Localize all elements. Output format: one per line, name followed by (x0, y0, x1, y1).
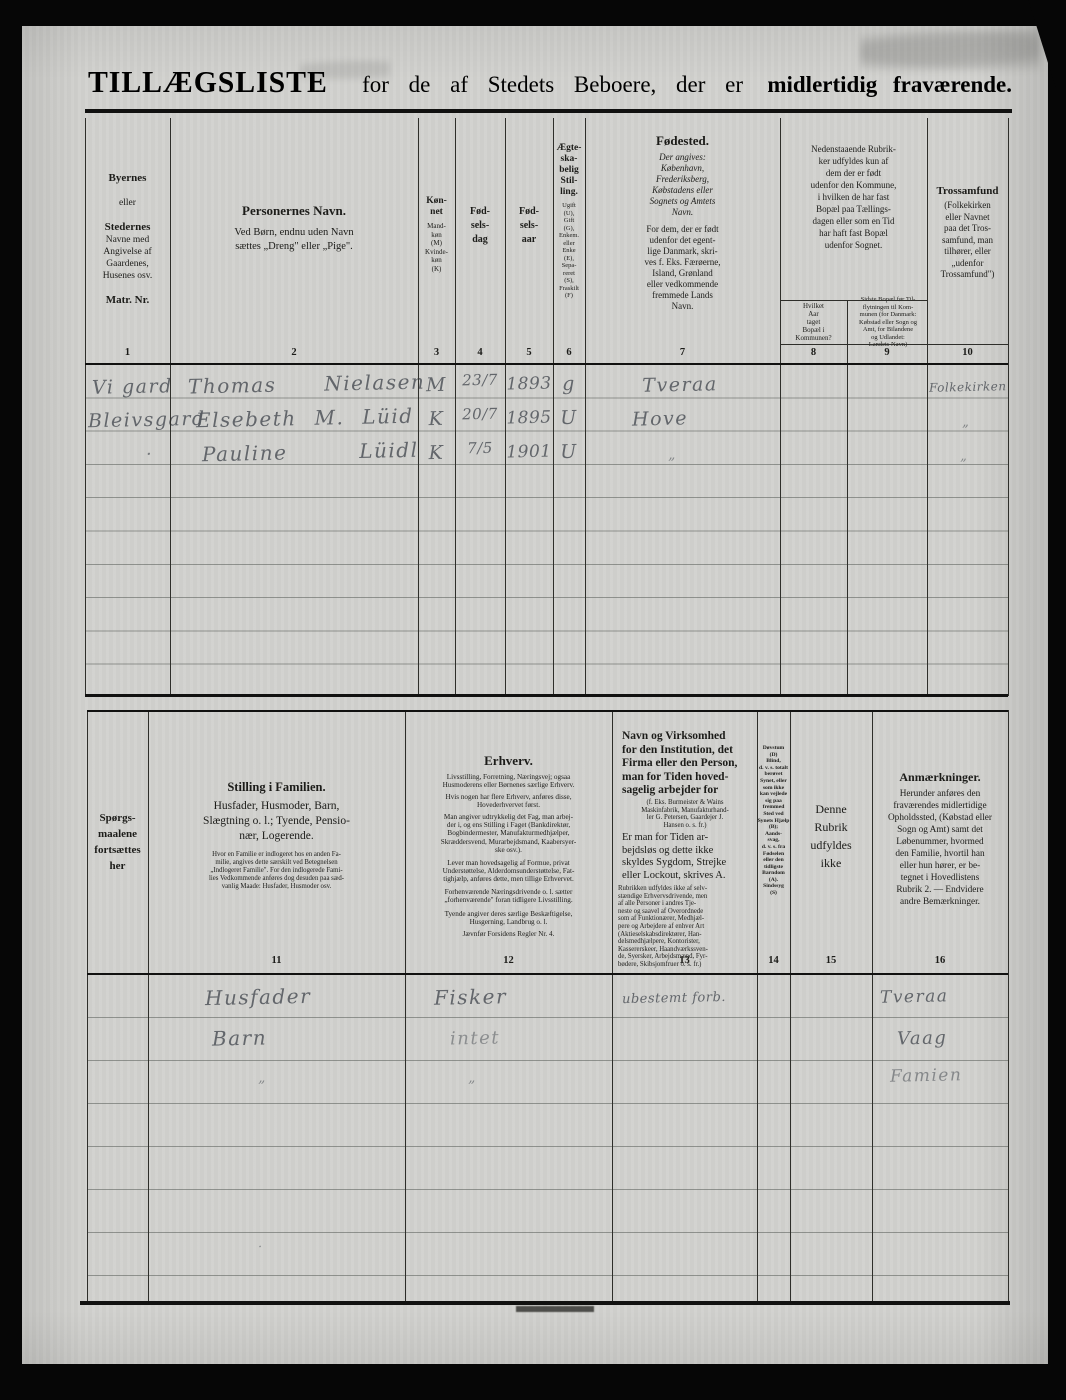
t2-col11-body: Husfader, Husmoder, Barn, Slægtning o. l… (148, 799, 405, 844)
t1-row1-birthplace: Hove (632, 407, 688, 430)
form-title-tail: midlertidig fraværende. (767, 72, 1012, 98)
t1-col9-header: Sidste Bopæl før Til- flytningen til Kom… (849, 296, 927, 349)
t1-col1-title2: Stedernes (105, 221, 151, 233)
grid-line-vertical (757, 710, 758, 1303)
t1-col1-body: Navne med Angivelse af Gaardenes, Husene… (85, 234, 170, 282)
t1-col2-title: Personernes Navn. (170, 203, 418, 219)
t1-row1-sex: K (418, 408, 455, 431)
t1-colnum-9: 9 (847, 347, 927, 358)
t1-col7-body1: Der angives: København, Frederiksberg, K… (585, 152, 780, 218)
grid-line-vertical (405, 710, 406, 1303)
t1-colnum-2: 2 (170, 347, 418, 358)
t1-col1-header: Byernes eller Stedernes Navne med Angive… (85, 172, 170, 307)
grid-line-vertical (1008, 118, 1009, 696)
t1-col2-body: Ved Børn, endnu uden Navn sættes „Dreng"… (170, 226, 418, 254)
t1-col1-matrnr: Matr. Nr. (106, 294, 149, 306)
t1-row0-place: Vi gard (92, 375, 173, 399)
t1-col8-header: Hvilket Aar taget Bopæl i Kommunen? (780, 302, 847, 342)
grid-line-vertical (148, 710, 149, 1303)
t1-colnum-7: 7 (585, 347, 780, 358)
t2-row0-remarks: Tveraa (880, 986, 949, 1007)
t2-row1-position: Barn (212, 1025, 268, 1050)
t1-row1-marital: U (553, 407, 585, 430)
t1-row2-faith-ditto: „ (960, 449, 969, 464)
t1-col7-title: Fødested. (585, 133, 780, 149)
t2-row2-occupation-ditto: „ (468, 1070, 477, 1086)
t1-colnum-1: 1 (85, 347, 170, 358)
t2-col14-header: Døvstum (D) Blind, d. v. s. totalt berøv… (757, 745, 790, 897)
t1-col7-body2: For dem, der er født udenfor det egent- … (585, 224, 780, 312)
t1-colnum-4: 4 (455, 347, 505, 358)
grid-line-vertical (612, 710, 613, 1303)
t2-col13-p2: Er man for Tiden ar- bejdsløs og dette i… (622, 832, 752, 882)
t1-col4-title: Fød- sels- dag (455, 205, 505, 247)
grid-line-vertical (418, 118, 419, 696)
t1-row2-marital: U (553, 441, 585, 464)
t1-col3-body: Mand- køn (M) Kvinde- køn (K) (418, 222, 455, 273)
t1-colnum-10: 10 (927, 347, 1008, 358)
t1-row0-marital: g (553, 373, 585, 396)
t1-row2-birthplace-ditto: „ (668, 447, 677, 463)
t1-col1-title1: Byernes (109, 172, 147, 184)
grid-line-vertical (1008, 710, 1009, 1303)
t2-row2-remarks: Famien (890, 1065, 963, 1087)
t2-colnum-16: 16 (872, 955, 1008, 966)
t2-colnum-12: 12 (405, 955, 612, 966)
t2-colnum-13: 13 (612, 955, 757, 966)
grid-line-horizontal (85, 363, 1008, 365)
t2-col12-p1: Livsstilling, Forretning, Næringsvej; og… (407, 773, 610, 789)
grid-line-vertical (505, 118, 506, 696)
t2-col12-p4: Lever man hovedsagelig af Formue, privat… (407, 859, 610, 884)
t2-colnum-15: 15 (790, 955, 872, 966)
form-title-lead: TILLÆGSLISTE (88, 64, 328, 100)
grid-line-vertical (872, 710, 873, 1303)
form-title-mid: for de af Stedets Beboere, der er (362, 72, 743, 98)
t1-row0-birth-day: 23/7 (455, 370, 505, 389)
t1-row0-faith: Folkekirken (929, 379, 1007, 395)
t1-col5-title: Fød- sels- aar (505, 205, 553, 247)
grid-line-vertical (455, 118, 456, 696)
t1-row2-sex: K (418, 442, 455, 465)
t2-col11-title: Stilling i Familien. (148, 780, 405, 795)
t2-col13-p1: Navn og Virksomhed for den Institution, … (622, 730, 752, 798)
grid-line-horizontal (85, 694, 1008, 697)
t1-colnum-5: 5 (505, 347, 553, 358)
t1-col1-sub: eller (119, 198, 136, 208)
grid-line-vertical (85, 118, 86, 696)
t2-row1-remarks: Vaag (897, 1027, 948, 1049)
t1-col3-title: Køn- net (418, 196, 455, 218)
t2-col15-header: Denne Rubrik udfyldes ikke (790, 800, 872, 872)
t1-row2-birth-day: 7/5 (455, 438, 505, 457)
t2-row1-occupation: intet (450, 1027, 500, 1049)
t2-col12-p5: Forhenværende Næringsdrivende o. l. sætt… (407, 888, 610, 904)
grid-line-vertical (87, 710, 88, 1303)
grid-line-vertical (790, 710, 791, 1303)
t2-colnum-11: 11 (148, 955, 405, 966)
t1-row1-birth-year: 1895 (505, 407, 553, 428)
t2-ruled-rows (87, 975, 1008, 1301)
t2-stray-mark: · (258, 1240, 264, 1255)
t2-col12-p3: Man angiver udtrykkelig det Fag, man arb… (407, 813, 610, 854)
title-underline (85, 109, 1012, 113)
t1-row1-birth-day: 20/7 (455, 404, 505, 423)
t1-colnum-3: 3 (418, 347, 455, 358)
grid-line-horizontal (780, 300, 927, 301)
t2-col12-p2: Hvis nogen har flere Erhverv, anføres di… (407, 793, 610, 809)
t2-col16-body: Herunder anføres den fraværendes midlert… (874, 788, 1006, 908)
t2-col12-p6: Tyende angiver deres særlige Beskæftigel… (407, 910, 610, 926)
grid-line-horizontal (780, 344, 1008, 345)
scanned-census-form: TILLÆGSLISTE for de af Stedets Beboere, … (0, 0, 1066, 1400)
t1-row1-name: Elsebeth M. Lüid (196, 404, 414, 433)
t2-col16-title: Anmærkninger. (872, 770, 1008, 785)
t2-col13-p1fine: (f. Eks. Burmeister & Wains Maskinfabrik… (616, 799, 754, 829)
t2-row2-position-ditto: „ (258, 1070, 267, 1086)
t2-col11-fine: Hvor en Familie er indlogeret hos en and… (152, 851, 401, 891)
t1-col8-9-shared-header: Nedenstaaende Rubrik- ker udfyldes kun a… (780, 143, 927, 251)
t2-row0-employer: ubestemt forb. (622, 990, 726, 1007)
grid-line-vertical (553, 118, 554, 696)
t2-col12-title: Erhverv. (405, 753, 612, 769)
t1-row0-birth-year: 1893 (505, 373, 553, 394)
t1-col10-title: Trossamfund (927, 185, 1008, 197)
t1-row2-place-ditto: · (146, 444, 154, 465)
t1-colnum-8: 8 (780, 347, 847, 358)
t2-row0-occupation: Fisker (434, 984, 508, 1010)
t2-col12-p7: Jævnfør Forsidens Regler Nr. 4. (407, 930, 610, 938)
t1-row0-sex: M (418, 374, 455, 397)
grid-line-vertical (170, 118, 171, 696)
t1-row0-birthplace: Tveraa (600, 372, 760, 397)
grid-line-vertical (780, 118, 781, 696)
t1-colnum-6: 6 (553, 347, 585, 358)
grid-line-vertical (585, 118, 586, 696)
t2-row0-position: Husfader (205, 984, 312, 1010)
t1-row0-name: Thomas Nielasen (188, 370, 426, 399)
t1-col6-body: Ugift (U), Gift (G), Enkem. eller Enke (… (553, 202, 585, 300)
printer-imprint (516, 1306, 594, 1312)
t1-row1-faith-ditto: „ (962, 415, 971, 430)
t1-col10-body: (Folkekirken eller Navnet paa det Tros- … (927, 200, 1008, 281)
t1-col6-title: Ægte- ska- belig Stil- ling. (553, 143, 585, 198)
t1-row1-place: Bleivsgard (88, 408, 206, 432)
grid-line-vertical (927, 118, 928, 696)
t1-row2-name: Pauline Lüidl (202, 438, 419, 467)
grid-line-horizontal (87, 710, 1008, 712)
t2-colnum-14: 14 (757, 955, 790, 966)
grid-line-vertical (847, 300, 848, 696)
t1-row2-birth-year: 1901 (505, 441, 553, 462)
form-title: TILLÆGSLISTE for de af Stedets Beboere, … (88, 64, 1012, 100)
t2-side-note: Spørgs- maalene fortsættes her (87, 810, 148, 874)
grid-line-horizontal (80, 1301, 1010, 1305)
grid-line-horizontal (87, 973, 1008, 975)
